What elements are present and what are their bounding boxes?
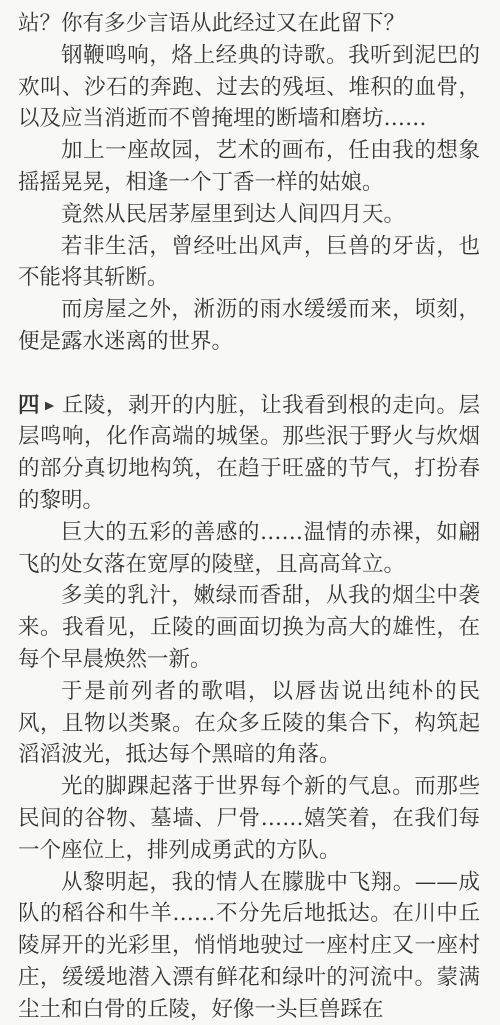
- paragraph: 而房屋之外，淅沥的雨水缓缓而来，顷刻，便是露水迷离的世界。: [18, 294, 480, 358]
- section-marker-icon: ▶: [45, 390, 54, 420]
- paragraph: 加上一座故园，艺术的画布，任由我的想象摇摇晃晃，相逢一个丁香一样的姑娘。: [18, 135, 480, 199]
- paragraph: 若非生活，曾经吐出风声，巨兽的牙齿，也不能将其斩断。: [18, 231, 480, 295]
- paragraph: 站？你有多少言语从此经过又在此留下？: [18, 8, 480, 40]
- continuation-text-block: 站？你有多少言语从此经过又在此留下？钢鞭鸣响，烙上经典的诗歌。我听到泥巴的欢叫、…: [18, 8, 480, 358]
- paragraph: 光的脚踝起落于世界每个新的气息。而那些民间的谷物、墓墙、尸骨……嬉笑着，在我们每…: [18, 771, 480, 866]
- paragraph: 于是前列者的歌唱，以唇齿说出纯朴的民风，且物以类聚。在众多丘陵的集合下，构筑起滔…: [18, 676, 480, 771]
- section-four-block: 四▶丘陵，剥开的内脏，让我看到根的走向。层层鸣响，化作高端的城堡。那些泯于野火与…: [18, 390, 480, 1025]
- paragraph: 钢鞭鸣响，烙上经典的诗歌。我听到泥巴的欢叫、沙石的奔跑、过去的残垣、堆积的血骨，…: [18, 40, 480, 135]
- paragraph: 巨大的五彩的善感的……温情的赤裸，如翩飞的处女落在宽厚的陵壁，且高高耸立。: [18, 517, 480, 581]
- book-page: 站？你有多少言语从此经过又在此留下？钢鞭鸣响，烙上经典的诗歌。我听到泥巴的欢叫、…: [0, 0, 500, 1025]
- paragraph: 竟然从民居茅屋里到达人间四月天。: [18, 199, 480, 231]
- section-number: 四: [18, 393, 40, 418]
- section-lead-paragraph: 四▶丘陵，剥开的内脏，让我看到根的走向。层层鸣响，化作高端的城堡。那些泯于野火与…: [18, 390, 480, 517]
- paragraph: 从黎明起，我的情人在朦胧中飞翔。——成队的稻谷和牛羊……不分先后地抵达。在川中丘…: [18, 867, 480, 1025]
- paragraph: 多美的乳汁，嫩绿而香甜，从我的烟尘中袭来。我看见，丘陵的画面切换为高大的雄性，在…: [18, 580, 480, 675]
